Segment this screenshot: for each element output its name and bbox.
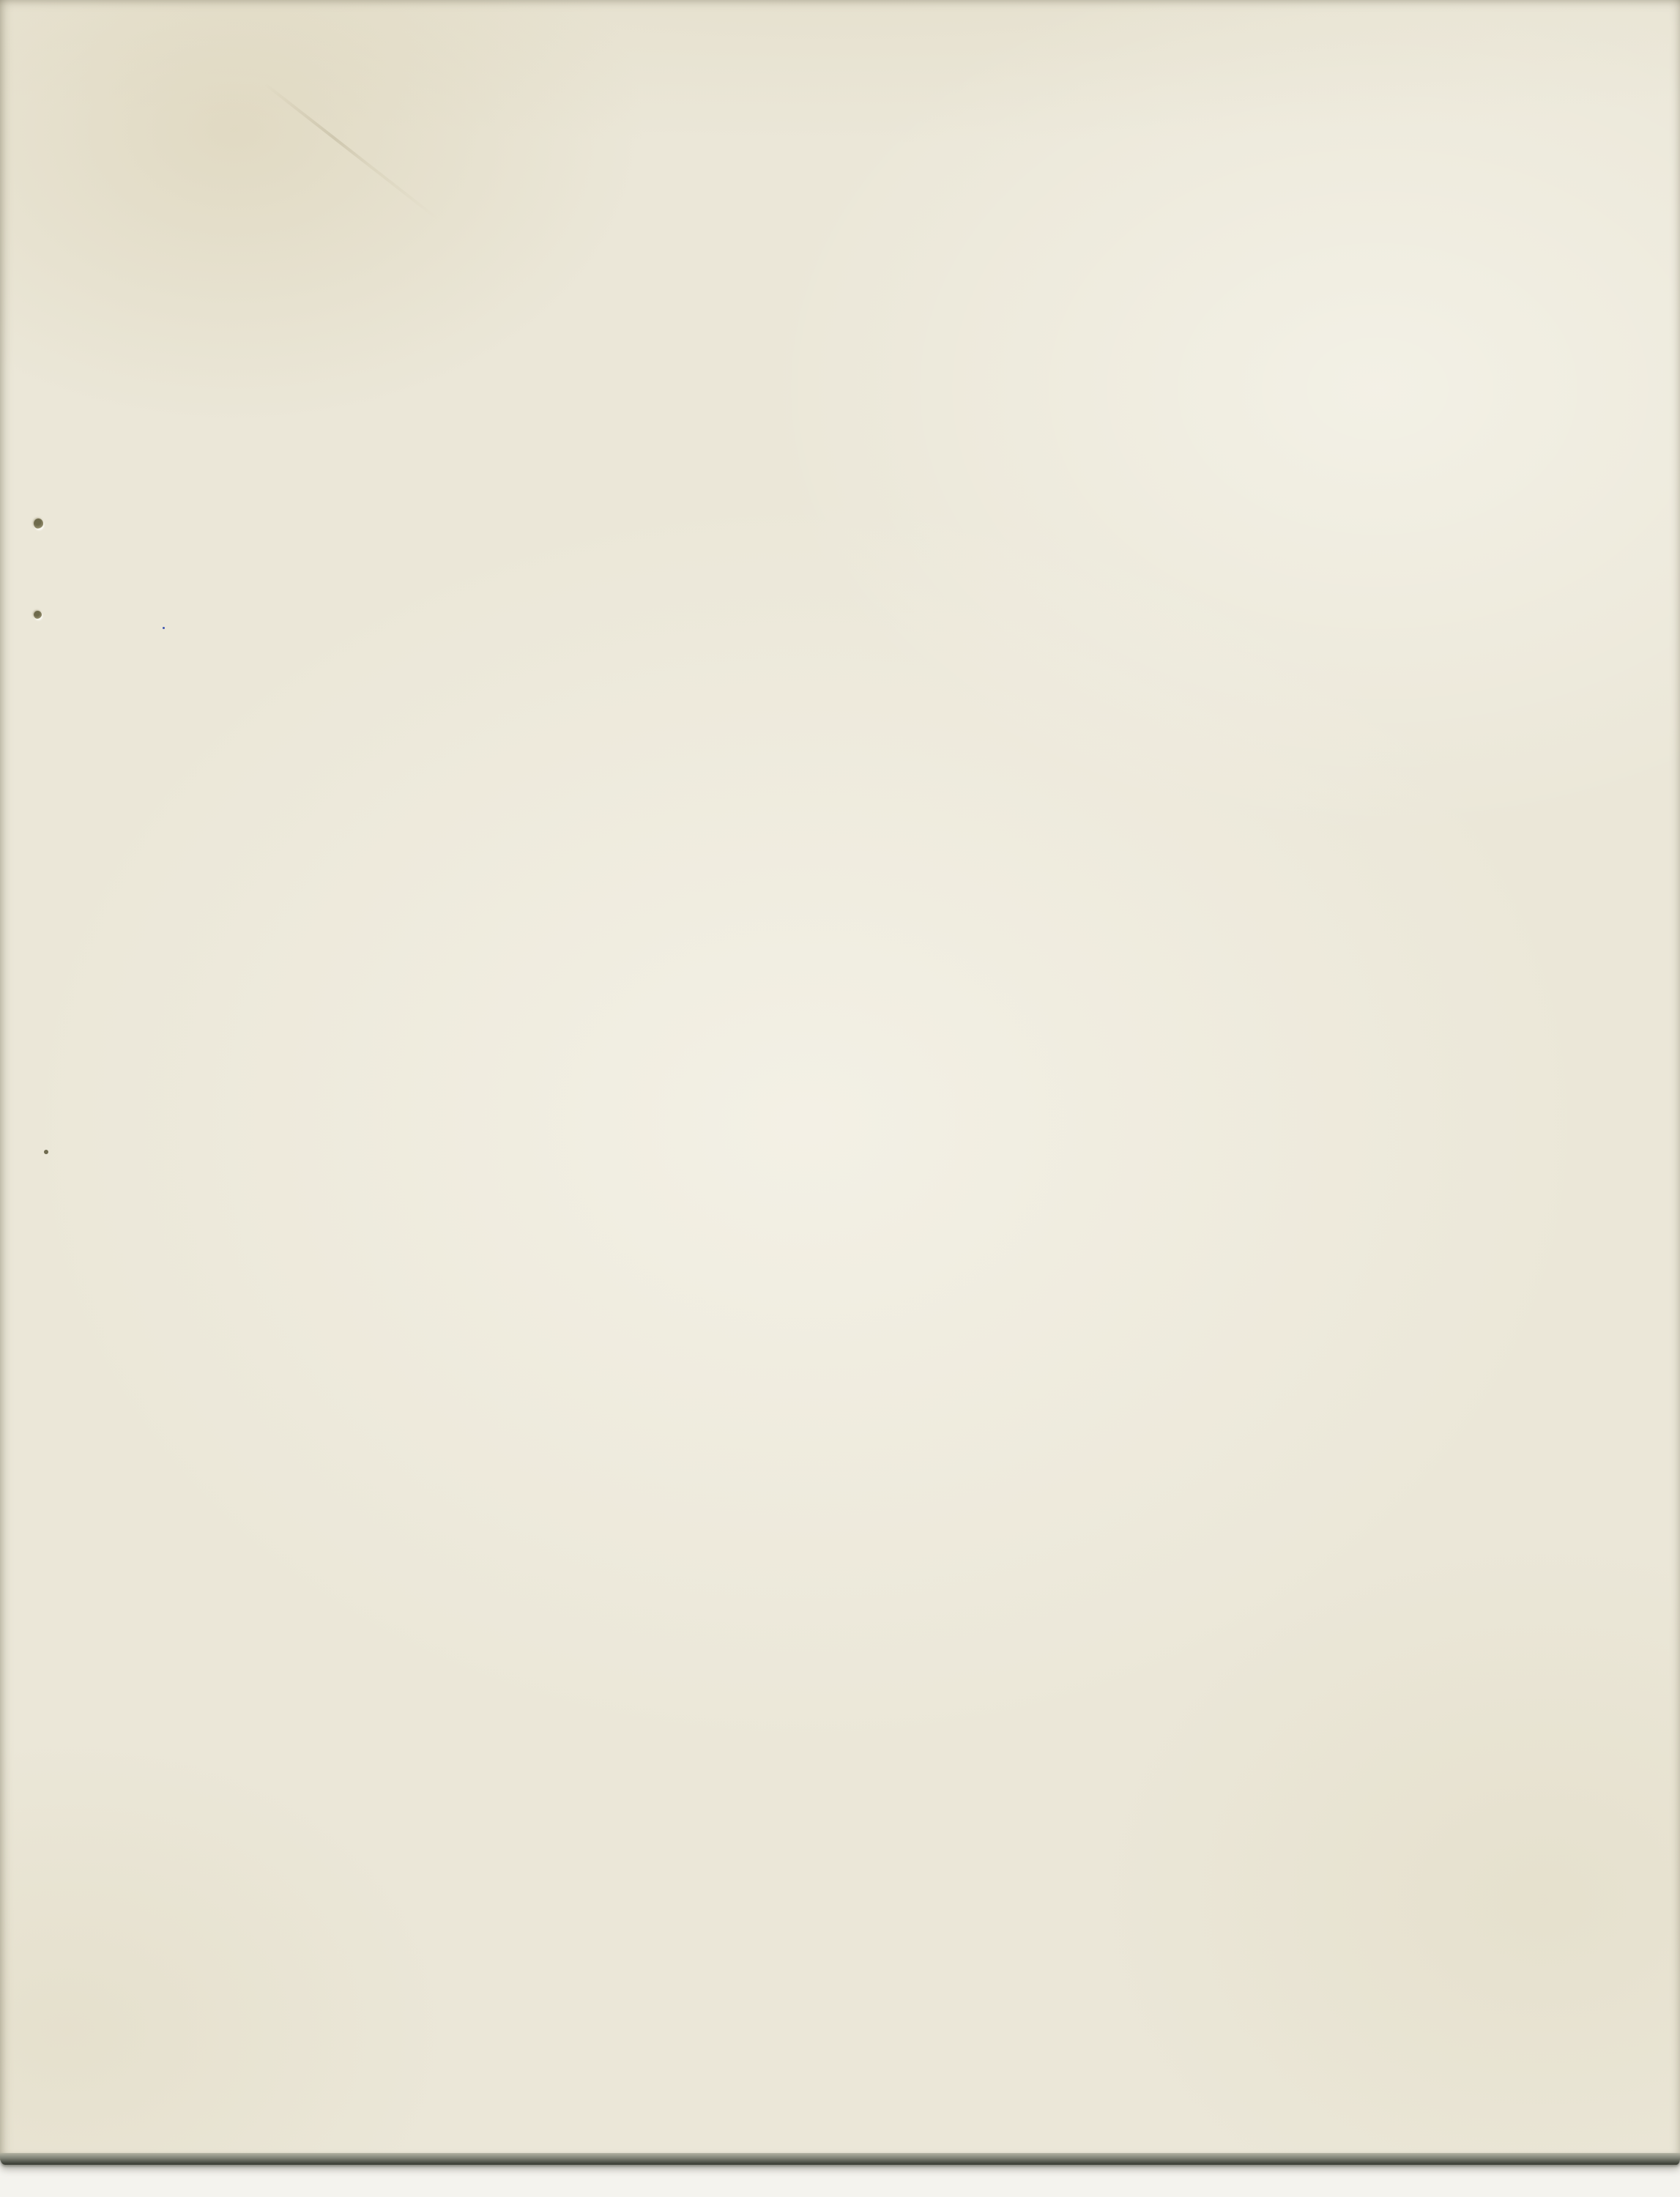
paper-bottom-edge: [0, 2153, 1680, 2165]
paper-speck: [163, 627, 165, 629]
text-layer: [0, 0, 1680, 2162]
pinhole: [34, 611, 42, 619]
document-page: [0, 0, 1680, 2160]
paper-speck: [44, 1150, 48, 1154]
pinhole: [34, 518, 43, 529]
